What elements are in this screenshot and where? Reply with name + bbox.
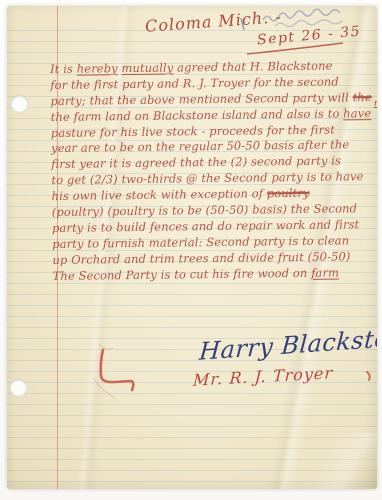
text-segment: It is [50, 62, 77, 76]
text-segment: (poultry) (poultry is to be (50-50) basi… [52, 201, 357, 219]
body-text: It is hereby mutually agreed that H. Bla… [50, 58, 377, 285]
text-segment: up Orchard and trim trees and divide fru… [52, 249, 350, 267]
text-segment: party; that the above mentioned Second p… [50, 90, 352, 108]
document-photo-background: Coloma Mich. - Sept 26 - 35 It is hereby… [0, 0, 382, 500]
text-segment: have [343, 106, 371, 120]
signature-second-party: Mr. R. J. Troyer [193, 363, 334, 389]
text-segment: first year it is agreed that the (2) sec… [51, 154, 341, 172]
text-segment: agreed that H. Blackstone [173, 59, 332, 75]
handwritten-line: The Second Party is to cut his fire wood… [53, 265, 377, 285]
text-segment: The Second Party is to cut his fire wood… [53, 265, 312, 282]
text-segment: pasture for his live stock - proceeds fo… [51, 122, 335, 139]
text-segment: mutually [121, 60, 173, 75]
text-segment: party to furnish material: Second party … [52, 233, 349, 251]
text-segment: party is to build fences and do repair w… [52, 217, 359, 235]
text-segment: to get (2/3) two-thirds @ the Second par… [51, 169, 363, 187]
signature-first-party: Harry Blackstone [198, 322, 377, 366]
text-segment: the [353, 90, 372, 104]
text-segment: his own live stock with exception of [52, 186, 267, 203]
text-segment: the farm land on Blackstone island and a… [51, 106, 344, 124]
dateline-date: Sept 26 - 35 [257, 23, 362, 48]
red-crayon-mark-icon [79, 338, 159, 404]
punch-hole-bottom [10, 379, 27, 396]
punch-hole-top [11, 95, 28, 112]
red-ink-dot-icon [364, 370, 374, 382]
text-segment: farm [311, 265, 339, 279]
text-segment: for the first party and R. J. Troyer for… [50, 74, 339, 92]
corner-fold [267, 433, 377, 489]
handwritten-document: Coloma Mich. - Sept 26 - 35 It is hereby… [7, 6, 377, 489]
text-segment: hereby [77, 61, 118, 75]
text-segment: year are to be on the regular 50-50 basi… [51, 138, 349, 156]
text-segment: rent [374, 96, 377, 112]
text-segment: poultry [267, 186, 310, 201]
